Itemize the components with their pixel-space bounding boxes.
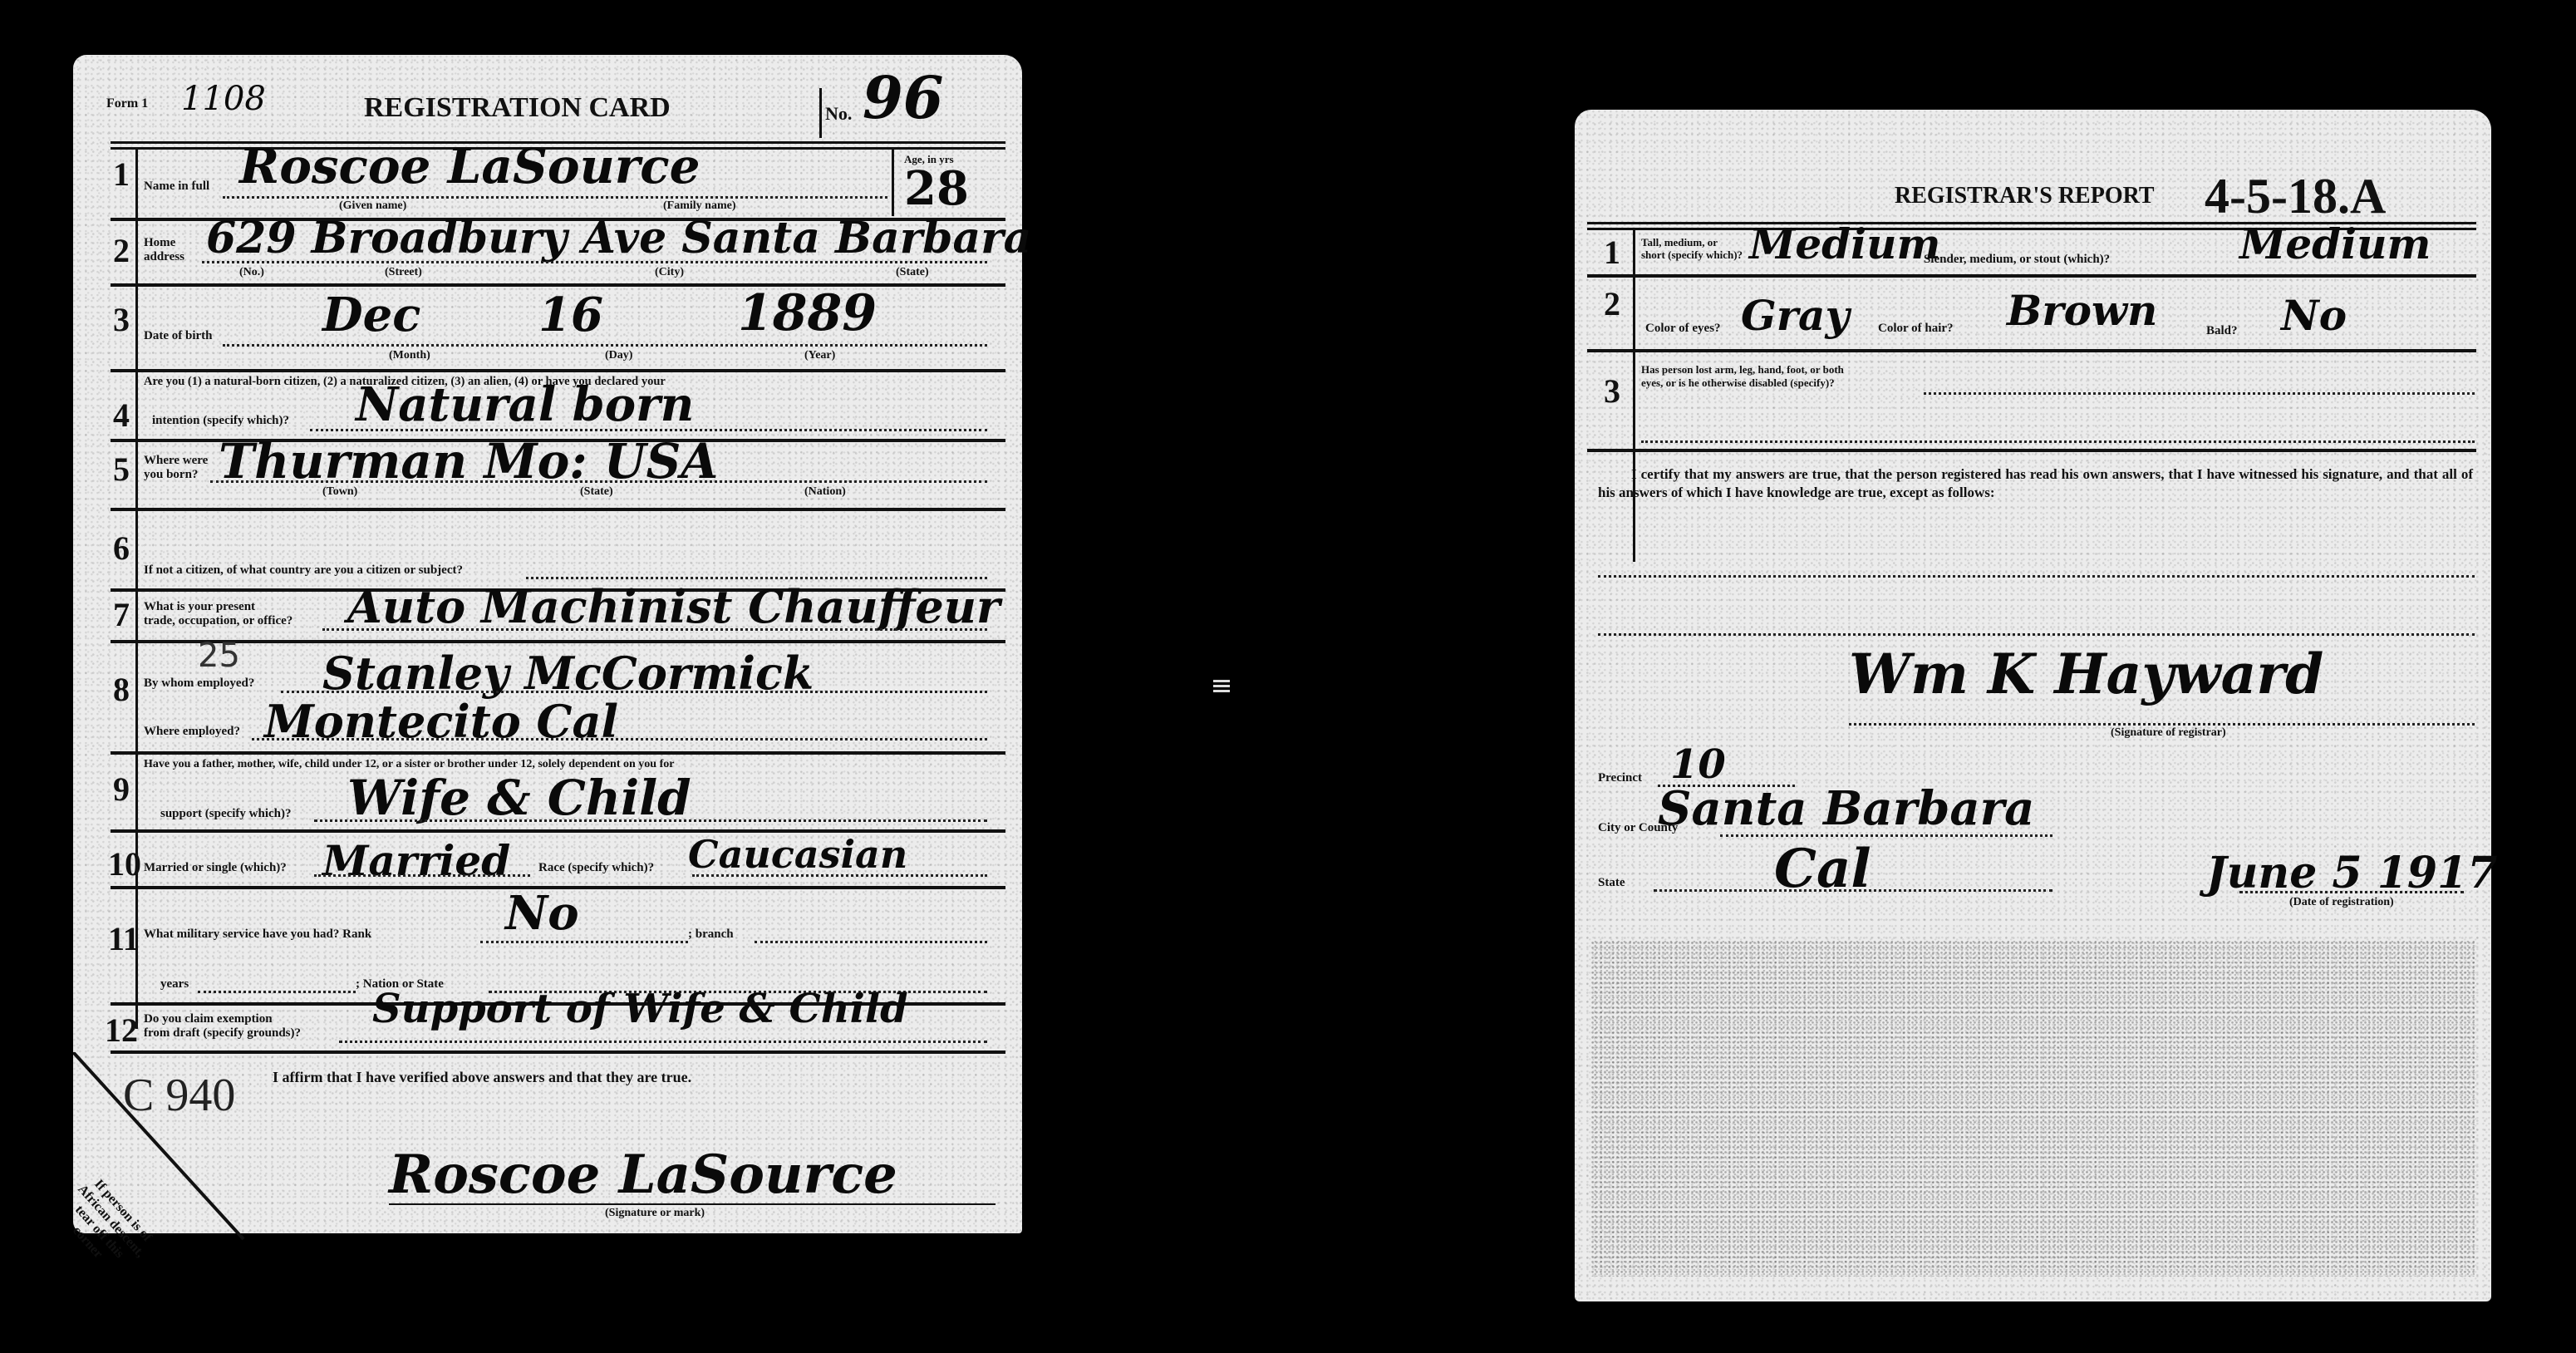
build-label: Slender, medium, or stout (which)? (1924, 253, 2110, 267)
occupation-label: What is your presenttrade, occupation, o… (144, 600, 293, 628)
card-title: REGISTRATION CARD (364, 92, 671, 124)
dob-label: Date of birth (144, 329, 213, 343)
city-county-value: Santa Barbara (1658, 781, 2034, 836)
dependents-label: support (specify which)? (160, 807, 292, 821)
dob-day: 16 (538, 288, 603, 342)
registration-card: Form 1 1108 REGISTRATION CARD No. 96 1 N… (73, 55, 1022, 1233)
signature-line (389, 1203, 995, 1205)
registrars-report-card: REGISTRAR'S REPORT 4-5-18.A 1 Tall, medi… (1575, 110, 2491, 1301)
home-address-label: Homeaddress (144, 236, 184, 264)
disability-line (1924, 392, 2475, 395)
state-sublabel: (State) (896, 266, 929, 279)
city-sublabel: (City) (655, 266, 684, 279)
report-row-rule (1587, 274, 2476, 278)
street-sublabel: (Street) (385, 266, 422, 279)
hair-color-value: Brown (2007, 286, 2157, 335)
registration-date-sublabel: (Date of registration) (2289, 896, 2394, 909)
given-name-sublabel: (Given name) (339, 199, 406, 213)
row-rule (111, 369, 1005, 372)
registrant-signature: Roscoe LaSource (389, 1144, 897, 1206)
marital-status-value: Married (322, 836, 510, 885)
employer-line (281, 691, 987, 693)
item-number: 2 (113, 231, 130, 270)
row-rule (111, 640, 1005, 643)
exemption-label: Do you claim exemptionfrom draft (specif… (144, 1012, 301, 1041)
item-number: 10 (108, 844, 141, 883)
branch-line (755, 941, 987, 943)
branch-label: ; branch (688, 927, 734, 942)
disability-line-2 (1641, 440, 2475, 443)
citizenship-line (310, 429, 987, 431)
occupation-value: Auto Machinist Chauffeur (347, 580, 1000, 633)
state-line (1654, 889, 2052, 892)
years-line (198, 991, 356, 993)
dependents-value: Wife & Child (347, 770, 691, 826)
birthplace-label: Where wereyou born? (144, 454, 208, 482)
report-item-number: 2 (1604, 284, 1620, 323)
item-number: 5 (113, 450, 130, 489)
precinct-label: Precinct (1598, 771, 1642, 785)
city-county-line (1720, 834, 2052, 837)
dob-year: 1889 (738, 284, 877, 342)
race-value: Caucasian (688, 832, 907, 877)
month-sublabel: (Month) (389, 349, 430, 362)
bald-value: No (2281, 291, 2347, 340)
height-label: Tall, medium, orshort (specify which)? (1641, 236, 1743, 261)
address-line (202, 261, 987, 263)
scan-noise (1591, 941, 2475, 1277)
bald-label: Bald? (2206, 324, 2238, 338)
dependents-line (314, 819, 987, 822)
serial-no-label: No. (825, 103, 852, 125)
exemption-line (339, 1041, 987, 1043)
employer-label: By whom employed? (144, 676, 254, 691)
occupation-line (322, 628, 987, 631)
build-value: Medium (2239, 219, 2431, 268)
exceptions-line-1 (1598, 575, 2475, 578)
item-number: 3 (113, 300, 130, 339)
affirmation-text: I affirm that I have verified above answ… (273, 1069, 691, 1086)
citizenship-value: Natural born (356, 377, 694, 432)
report-item-number: 3 (1604, 371, 1620, 411)
item-number: 7 (113, 595, 130, 634)
scan-mark (1213, 680, 1230, 693)
item-number: 6 (113, 529, 130, 568)
registrar-signature-sublabel: (Signature of registrar) (2111, 726, 2226, 740)
rank-line (480, 941, 688, 943)
exceptions-line-2 (1598, 633, 2475, 636)
year-sublabel: (Year) (804, 349, 835, 362)
age-divider (892, 148, 894, 216)
birthplace-line (210, 480, 987, 483)
report-row-rule (1587, 449, 2476, 452)
item-number: 12 (105, 1011, 138, 1050)
report-item-number: 1 (1604, 233, 1620, 272)
report-number-divider (1633, 229, 1635, 562)
dob-month: Dec (322, 288, 420, 342)
military-service-value: No (505, 886, 579, 941)
certification-text: I certify that my answers are true, that… (1598, 465, 2473, 502)
employer-annotation: 25 (198, 637, 240, 675)
town-sublabel: (Town) (322, 485, 357, 499)
marital-status-label: Married or single (which)? (144, 861, 287, 875)
item-number: 8 (113, 670, 130, 709)
item-number: 4 (113, 396, 130, 435)
eye-color-value: Gray (1741, 291, 1850, 340)
name-line (223, 196, 887, 199)
employment-location-line (252, 738, 987, 740)
exemption-value: Support of Wife & Child (372, 986, 908, 1032)
family-name-sublabel: (Family name) (663, 199, 735, 213)
form-label: Form 1 (106, 96, 148, 111)
nation-sublabel: (Nation) (804, 485, 846, 499)
name-value: Roscoe LaSource (239, 138, 701, 194)
row-rule (111, 508, 1005, 511)
item-number: 11 (108, 919, 140, 958)
age-value: 28 (904, 161, 969, 216)
row-rule (111, 751, 1005, 755)
form-number-handwritten: 1108 (181, 80, 266, 118)
dob-line (223, 344, 987, 347)
no-sublabel: (No.) (239, 266, 264, 279)
state-label: State (1598, 876, 1625, 890)
height-value: Medium (1749, 219, 1940, 268)
military-rank-label: What military service have you had? Rank (144, 927, 371, 942)
item-number: 9 (113, 770, 130, 809)
citizen-country-line (526, 577, 987, 579)
disability-label: Has person lost arm, leg, hand, foot, or… (1641, 363, 1844, 390)
registrar-signature-line (1849, 723, 2475, 726)
race-label: Race (specify which)? (538, 861, 654, 875)
hair-color-label: Color of hair? (1878, 322, 1954, 336)
item-number: 1 (113, 155, 130, 194)
report-row-rule (1587, 349, 2476, 352)
registrar-signature: Wm K Hayward (1849, 642, 2323, 706)
report-title: REGISTRAR'S REPORT (1895, 183, 2155, 209)
registration-date-line (2239, 891, 2464, 893)
name-label: Name in full (144, 180, 209, 194)
home-address-value: 629 Broadbury Ave Santa Barbara (206, 213, 1031, 263)
serial-number: 96 (863, 63, 943, 132)
signature-sublabel: (Signature or mark) (605, 1207, 705, 1220)
day-sublabel: (Day) (605, 349, 632, 362)
citizenship-label: intention (specify which)? (152, 414, 289, 428)
marital-status-line (314, 874, 530, 877)
race-line (692, 874, 987, 877)
years-label: years (160, 977, 189, 991)
birth-state-sublabel: (State) (580, 485, 613, 499)
header-divider (819, 88, 822, 138)
citizen-country-label: If not a citizen, of what country are yo… (144, 563, 463, 578)
employment-location-label: Where employed? (144, 725, 240, 739)
report-code: 4-5-18.A (2205, 168, 2386, 225)
eye-color-label: Color of eyes? (1645, 322, 1721, 336)
